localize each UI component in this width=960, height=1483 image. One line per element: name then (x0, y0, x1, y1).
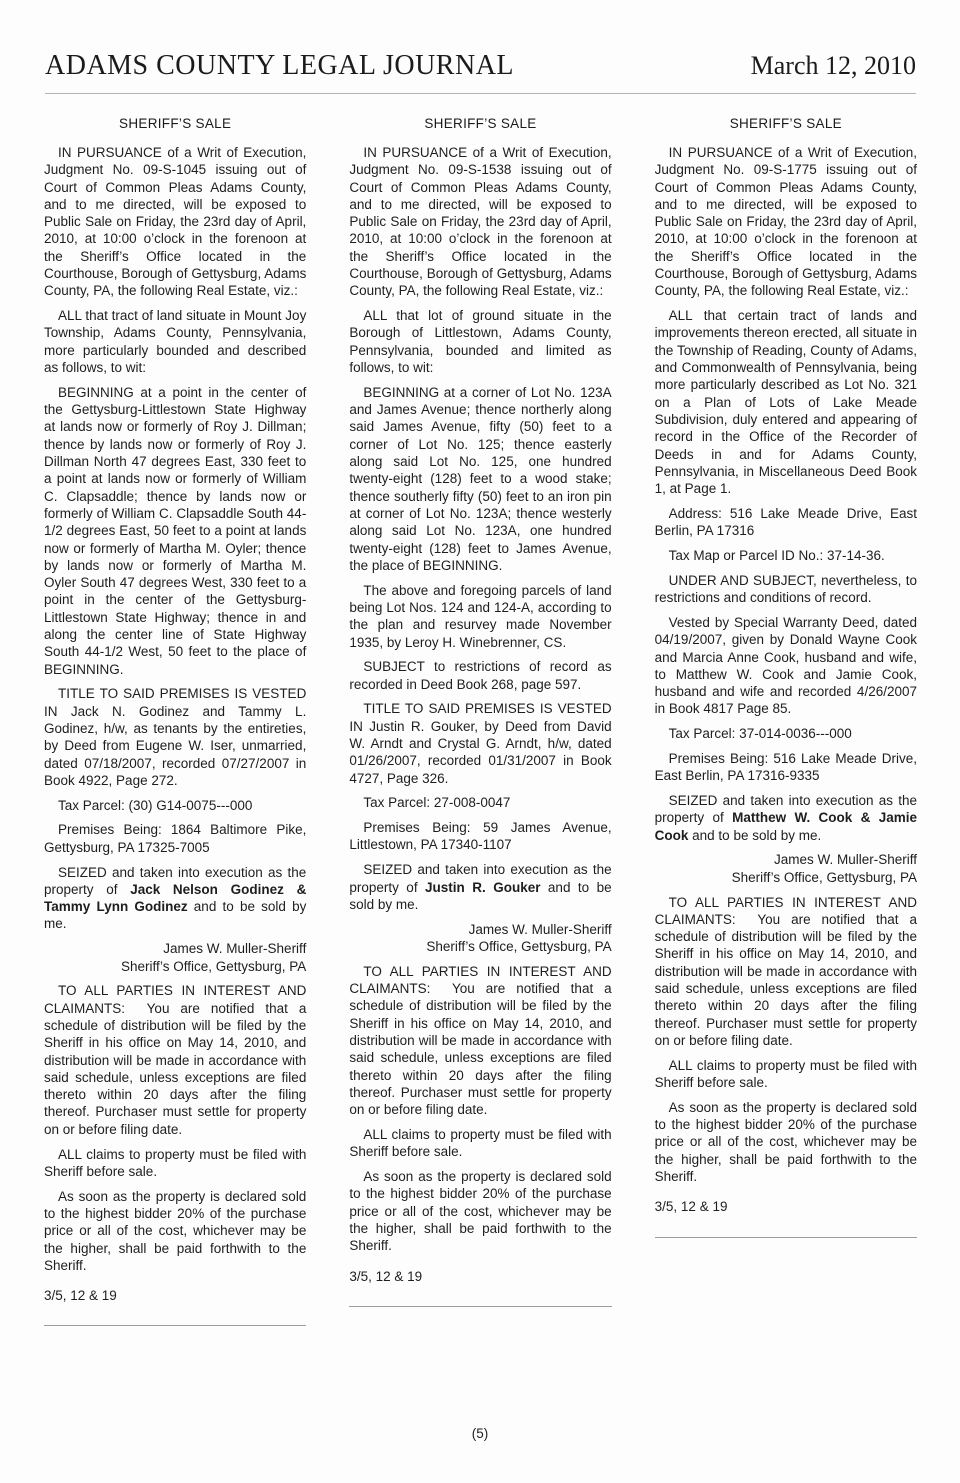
notice-paragraph: ALL that lot of ground situate in the Bo… (349, 307, 611, 376)
notice-paragraph: Tax Parcel: (30) G14-0075---000 (44, 797, 306, 814)
sheriff-signature: James W. Muller-SheriffSheriff’s Office,… (349, 921, 611, 956)
notice-paragraph: ALL that certain tract of lands and impr… (655, 307, 917, 497)
notice-paragraph: TO ALL PARTIES IN INTEREST AND CLAIMANTS… (349, 963, 611, 1119)
notice-paragraph: Address: 516 Lake Meade Drive, East Berl… (655, 505, 917, 540)
page-number: (5) (0, 1426, 960, 1441)
column-3: SHERIFF’S SALE IN PURSUANCE of a Writ of… (655, 112, 917, 1326)
issue-date: March 12, 2010 (751, 51, 916, 81)
notice-heading: SHERIFF’S SALE (655, 116, 917, 131)
notice-paragraph: TO ALL PARTIES IN INTEREST AND CLAIMANTS… (44, 982, 306, 1138)
journal-title: ADAMS COUNTY LEGAL JOURNAL (45, 50, 514, 82)
notice-heading: SHERIFF’S SALE (44, 116, 306, 131)
publication-dates: 3/5, 12 & 19 (349, 1268, 611, 1285)
notice-paragraph: ALL claims to property must be filed wit… (655, 1057, 917, 1092)
notice-end-rule (349, 1306, 611, 1307)
legal-journal-page: ADAMS COUNTY LEGAL JOURNAL March 12, 201… (0, 0, 960, 1483)
notice-paragraph: As soon as the property is declared sold… (655, 1099, 917, 1185)
notice-end-rule (44, 1325, 306, 1326)
notice-columns: SHERIFF’S SALE IN PURSUANCE of a Writ of… (0, 94, 960, 1326)
notice-paragraph: BEGINNING at a point in the center of th… (44, 384, 306, 678)
notice-paragraph: IN PURSUANCE of a Writ of Execution, Jud… (349, 144, 611, 300)
notice-paragraph: TITLE TO SAID PREMISES IS VESTED IN Jack… (44, 685, 306, 789)
notice-paragraph: SEIZED and taken into execution as the p… (349, 861, 611, 913)
notice-paragraph: The above and foregoing parcels of land … (349, 582, 611, 651)
notice-paragraph: Premises Being: 516 Lake Meade Drive, Ea… (655, 750, 917, 785)
notice-paragraph: Premises Being: 1864 Baltimore Pike, Get… (44, 821, 306, 856)
notice-paragraph: BEGINNING at a corner of Lot No. 123A an… (349, 384, 611, 574)
notice-body: IN PURSUANCE of a Writ of Execution, Jud… (655, 144, 917, 1238)
notice-paragraph: UNDER AND SUBJECT, nevertheless, to rest… (655, 572, 917, 607)
notice-body: IN PURSUANCE of a Writ of Execution, Jud… (349, 144, 611, 1307)
notice-paragraph: Tax Map or Parcel ID No.: 37-14-36. (655, 547, 917, 564)
column-1: SHERIFF’S SALE IN PURSUANCE of a Writ of… (44, 112, 306, 1326)
notice-paragraph: TO ALL PARTIES IN INTEREST AND CLAIMANTS… (655, 894, 917, 1050)
notice-heading: SHERIFF’S SALE (349, 116, 611, 131)
publication-dates: 3/5, 12 & 19 (44, 1287, 306, 1304)
notice-paragraph: SEIZED and taken into execution as the p… (655, 792, 917, 844)
notice-end-rule (655, 1237, 917, 1238)
notice-paragraph: Tax Parcel: 37-014-0036---000 (655, 725, 917, 742)
notice-paragraph: SUBJECT to restrictions of record as rec… (349, 658, 611, 693)
notice-paragraph: ALL claims to property must be filed wit… (44, 1146, 306, 1181)
notice-paragraph: ALL claims to property must be filed wit… (349, 1126, 611, 1161)
notice-paragraph: As soon as the property is declared sold… (44, 1188, 306, 1274)
sheriff-signature: James W. Muller-SheriffSheriff’s Office,… (655, 851, 917, 886)
notice-paragraph: Premises Being: 59 James Avenue, Littles… (349, 819, 611, 854)
notice-paragraph: TITLE TO SAID PREMISES IS VESTED IN Just… (349, 700, 611, 786)
notice-paragraph: Vested by Special Warranty Deed, dated 0… (655, 614, 917, 718)
sheriff-signature: James W. Muller-SheriffSheriff’s Office,… (44, 940, 306, 975)
notice-paragraph: ALL that tract of land situate in Mount … (44, 307, 306, 376)
notice-paragraph: As soon as the property is declared sold… (349, 1168, 611, 1254)
notice-paragraph: SEIZED and taken into execution as the p… (44, 864, 306, 933)
notice-paragraph: Tax Parcel: 27-008-0047 (349, 794, 611, 811)
publication-dates: 3/5, 12 & 19 (655, 1198, 917, 1215)
masthead: ADAMS COUNTY LEGAL JOURNAL March 12, 201… (0, 0, 960, 82)
notice-paragraph: IN PURSUANCE of a Writ of Execution, Jud… (44, 144, 306, 300)
notice-paragraph: IN PURSUANCE of a Writ of Execution, Jud… (655, 144, 917, 300)
column-2: SHERIFF’S SALE IN PURSUANCE of a Writ of… (349, 112, 611, 1326)
notice-body: IN PURSUANCE of a Writ of Execution, Jud… (44, 144, 306, 1326)
